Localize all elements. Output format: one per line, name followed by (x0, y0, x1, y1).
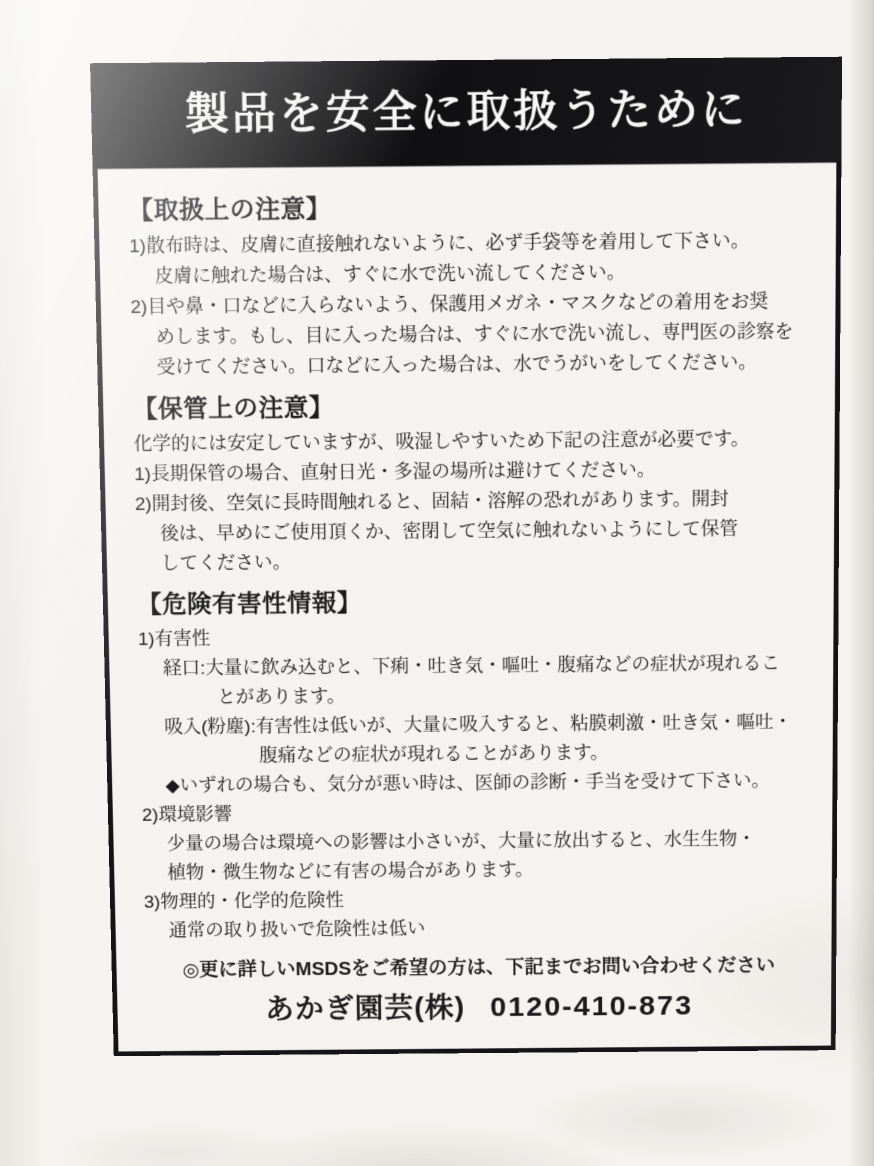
text-line: ◆いずれの場合も、気分が悪い時は、医師の診断・手当を受けて下さい。 (141, 766, 813, 801)
photo-background: { "banner": { "title": "製品を安全に取扱うために" },… (0, 0, 874, 1166)
safety-label: 製品を安全に取扱うために 【取扱上の注意】 1)散布時は、皮膚に直接触れないよう… (90, 57, 842, 1056)
text-line: 少量の場合は環境への影響は小さいが、大量に放出すると、水生生物・ (142, 825, 813, 860)
section-handling-precautions: 【取扱上の注意】 1)散布時は、皮膚に直接触れないように、必ず手袋等を着用して下… (128, 188, 816, 383)
msds-note: ◎更に詳しいMSDSをご希望の方は、下記までお問い合わせください (145, 951, 812, 984)
company-name: あかぎ園芸(株) (265, 992, 465, 1024)
section-hazard-information: 【危険有害性情報】 1)有害性 経口:大量に飲み込むと、下痢・吐き気・嘔吐・腹痛… (137, 583, 814, 946)
text-line: 1)散布時は、皮膚に直接触れないように、必ず手袋等を着用して下さい。 (129, 226, 816, 262)
text-line: 受けてください。口などに入った場合は、水でうがいをしてください。 (132, 347, 816, 383)
banner-title: 製品を安全に取扱うために (185, 88, 748, 137)
text-line: してください。 (136, 544, 814, 580)
phone-number: 0120-410-873 (490, 990, 693, 1022)
text-line: 通常の取り扱いで危険性は低い (144, 911, 812, 945)
text-line: 後は、早めにご使用頂くか、密閉して空気に触れないようにして保管 (135, 514, 814, 550)
text-line: 化学的には安定していますが、吸湿しやすいため下記の注意が必要です。 (133, 424, 815, 460)
section-heading: 【取扱上の注意】 (128, 188, 816, 228)
section-heading: 【保管上の注意】 (132, 387, 815, 426)
section-storage-precautions: 【保管上の注意】 化学的には安定していますが、吸湿しやすいため下記の注意が必要で… (132, 387, 815, 579)
text-line: 吸入(粉塵):有害性は低いが、大量に吸入すると、粘膜刺激・吐き気・嘔吐・ (140, 708, 814, 743)
banner: 製品を安全に取扱うために (90, 57, 842, 169)
section-heading: 【危険有害性情報】 (137, 583, 814, 621)
text-line: 経口:大量に飲み込むと、下痢・吐き気・嘔吐・腹痛などの症状が現れるこ (138, 649, 813, 684)
label-frame: 【取扱上の注意】 1)散布時は、皮膚に直接触れないように、必ず手袋等を着用して下… (93, 162, 842, 1056)
footer: ◎更に詳しいMSDSをご希望の方は、下記までお問い合わせください あかぎ園芸(株… (145, 951, 812, 1029)
contact-line: あかぎ園芸(株)0120-410-873 (146, 987, 812, 1030)
